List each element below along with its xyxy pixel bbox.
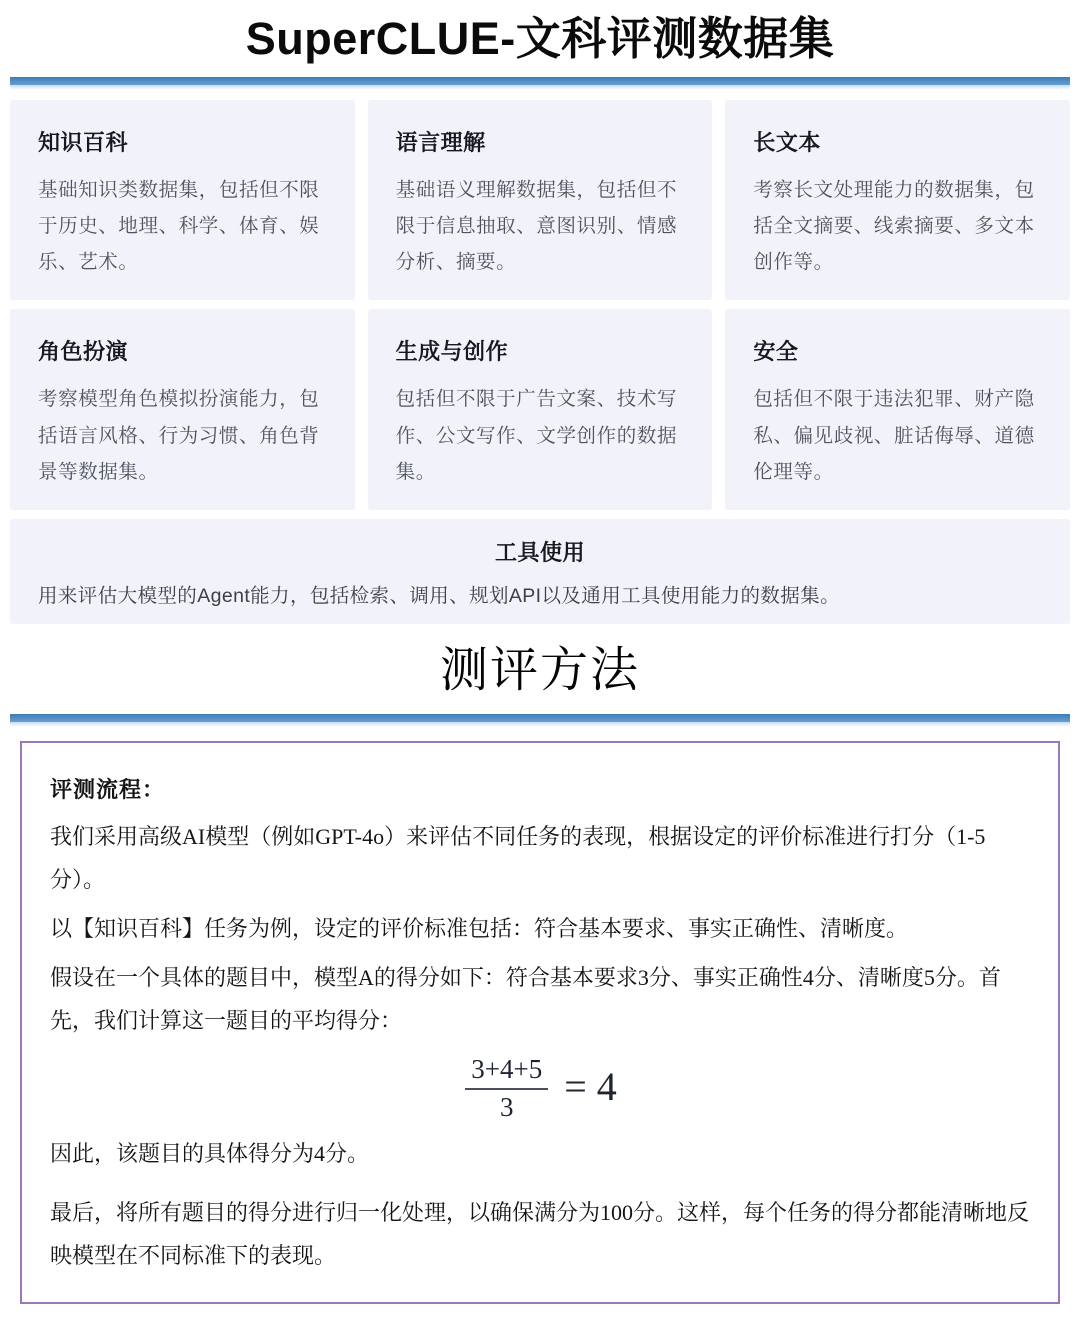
card-knowledge-description: 基础知识类数据集，包括但不限于历史、地理、科学、体育、娱乐、艺术。 — [38, 172, 333, 281]
method-divider-bar — [10, 714, 1070, 722]
card-tool-use-title: 工具使用 — [30, 536, 1050, 567]
card-language-understanding: 语言理解 基础语义理解数据集，包括但不限于信息抽取、意图识别、情感分析、摘要。 — [368, 100, 713, 301]
card-long-text-description: 考察长文处理能力的数据集，包括全文摘要、线索摘要、多文本创作等。 — [753, 172, 1048, 281]
card-generation-description: 包括但不限于广告文案、技术写作、公文写作、文学创作的数据集。 — [396, 381, 691, 490]
average-score-formula: 3+4+5 3 = 4 — [50, 1053, 1032, 1126]
method-paragraph-example: 假设在一个具体的题目中，模型A的得分如下：符合基本要求3分、事实正确性4分、清晰… — [50, 957, 1032, 1043]
card-long-text-title: 长文本 — [753, 126, 1048, 157]
card-role-play: 角色扮演 考察模型角色模拟扮演能力，包括语言风格、行为习惯、角色背景等数据集。 — [10, 309, 355, 510]
card-language-understanding-description: 基础语义理解数据集，包括但不限于信息抽取、意图识别、情感分析、摘要。 — [396, 172, 691, 281]
method-heading: 评测流程： — [50, 769, 1032, 812]
method-paragraph-conclusion: 因此，该题目的具体得分为4分。 — [50, 1133, 1032, 1176]
formula-numerator: 3+4+5 — [465, 1053, 548, 1091]
dataset-card-grid: 知识百科 基础知识类数据集，包括但不限于历史、地理、科学、体育、娱乐、艺术。 语… — [10, 100, 1070, 511]
card-safety-description: 包括但不限于违法犯罪、财产隐私、偏见歧视、脏话侮辱、道德伦理等。 — [753, 381, 1048, 490]
method-paragraph-criteria: 以【知识百科】任务为例，设定的评价标准包括：符合基本要求、事实正确性、清晰度。 — [50, 908, 1032, 951]
formula-result: = 4 — [564, 1067, 617, 1111]
formula-denominator: 3 — [500, 1090, 514, 1125]
title-divider-bar — [10, 77, 1070, 85]
method-paragraph-scoring: 我们采用高级AI模型（例如GPT-4o）来评估不同任务的表现，根据设定的评价标准… — [50, 816, 1032, 902]
page-title: SuperCLUE-文科评测数据集 — [0, 0, 1080, 68]
card-role-play-title: 角色扮演 — [38, 335, 333, 366]
card-long-text: 长文本 考察长文处理能力的数据集，包括全文摘要、线索摘要、多文本创作等。 — [725, 100, 1070, 301]
card-generation-title: 生成与创作 — [396, 335, 691, 366]
card-tool-use-description: 用来评估大模型的Agent能力，包括检索、调用、规划API以及通用工具使用能力的… — [30, 580, 1050, 608]
card-safety-title: 安全 — [753, 335, 1048, 366]
card-knowledge-title: 知识百科 — [38, 126, 333, 157]
card-safety: 安全 包括但不限于违法犯罪、财产隐私、偏见歧视、脏话侮辱、道德伦理等。 — [725, 309, 1070, 510]
card-language-understanding-title: 语言理解 — [396, 126, 691, 157]
card-role-play-description: 考察模型角色模拟扮演能力，包括语言风格、行为习惯、角色背景等数据集。 — [38, 381, 333, 490]
method-section-title: 测评方法 — [0, 641, 1080, 701]
card-knowledge: 知识百科 基础知识类数据集，包括但不限于历史、地理、科学、体育、娱乐、艺术。 — [10, 100, 355, 301]
card-tool-use: 工具使用 用来评估大模型的Agent能力，包括检索、调用、规划API以及通用工具… — [10, 519, 1070, 624]
card-generation: 生成与创作 包括但不限于广告文案、技术写作、公文写作、文学创作的数据集。 — [368, 309, 713, 510]
evaluation-method-box: 评测流程： 我们采用高级AI模型（例如GPT-4o）来评估不同任务的表现，根据设… — [20, 741, 1060, 1304]
method-paragraph-normalization: 最后，将所有题目的得分进行归一化处理，以确保满分为100分。这样，每个任务的得分… — [50, 1192, 1032, 1278]
formula-fraction: 3+4+5 3 — [465, 1053, 548, 1126]
